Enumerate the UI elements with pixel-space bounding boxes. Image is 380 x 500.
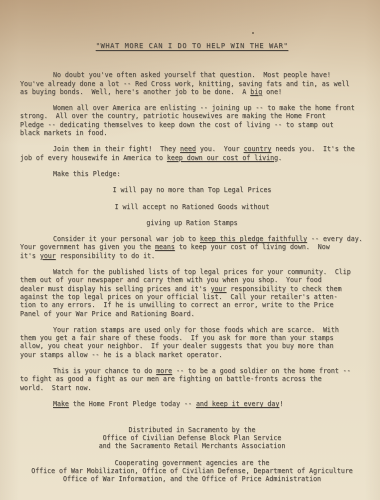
document-page: "WHAT MORE CAN I DO TO HELP WIN THE WAR"…	[0, 0, 380, 500]
text-run: one!	[262, 88, 282, 96]
paragraph: No doubt you've often asked yourself tha…	[20, 71, 364, 96]
text-run: the Home Front Pledge today --	[69, 400, 196, 408]
text-run: Cooperating government agencies are the	[115, 459, 270, 467]
text-run: giving up Ration Stamps	[146, 219, 237, 227]
text-run: Make this Pledge:	[53, 170, 121, 178]
text-run: Office of War Mobilization, Office of Ci…	[31, 467, 353, 475]
paragraph: Make this Pledge:	[20, 170, 364, 178]
spacer	[20, 227, 364, 235]
text-run: .	[278, 154, 282, 162]
text-run: and the Sacramento Retail Merchants Asso…	[99, 442, 286, 450]
text-run: No doubt you've often asked yourself tha…	[20, 71, 350, 96]
underlined-text: country	[244, 145, 272, 153]
centered-line: I will accept no Rationed Goods without	[20, 203, 364, 211]
underlined-text: and keep it every day	[196, 400, 279, 408]
spacer	[20, 211, 364, 219]
paragraph: Women all over America are enlisting -- …	[20, 104, 364, 137]
underlined-text: your	[40, 252, 56, 260]
underlined-text: keep down our cost of living	[167, 154, 278, 162]
text-run: Office of War Information, and the Offic…	[63, 475, 321, 483]
centered-line: and the Sacramento Retail Merchants Asso…	[20, 442, 364, 450]
text-run: Your ration stamps are used only for tho…	[20, 326, 339, 359]
text-run: I will pay no more than Top Legal Prices	[113, 186, 272, 194]
text-run: Join them in their fight! They	[53, 145, 180, 153]
paragraph: Watch for the published lists of top leg…	[20, 268, 364, 318]
underlined-text: your	[211, 285, 227, 293]
text-run: Distributed in Sacramento by the	[128, 426, 255, 434]
paragraph: Join them in their fight! They need you.…	[20, 145, 364, 162]
centered-line: Office of Civilian Defense Block Plan Se…	[20, 434, 364, 442]
spacer	[20, 416, 364, 426]
text-run: Women all over America are enlisting -- …	[20, 104, 355, 137]
underlined-text: need	[180, 145, 196, 153]
text-run: !	[279, 400, 283, 408]
text-run: Office of Civilian Defense Block Plan Se…	[103, 434, 282, 442]
centered-line: Cooperating government agencies are the	[20, 459, 364, 467]
text-run: Consider it your personal war job to	[53, 235, 200, 243]
paragraph: Make the Home Front Pledge today -- and …	[20, 400, 364, 408]
text-run: This is your chance to do	[53, 367, 156, 375]
underlined-text: Make	[53, 400, 69, 408]
spacer	[20, 451, 364, 459]
document-content: "WHAT MORE CAN I DO TO HELP WIN THE WAR"…	[0, 0, 380, 484]
paragraph: This is your chance to do more -- to be …	[20, 367, 364, 392]
underlined-text: keep this pledge faithfully	[200, 235, 307, 243]
underlined-text: big	[250, 88, 262, 96]
text-run: responsibility to do it.	[56, 252, 155, 260]
document-body: No doubt you've often asked yourself tha…	[20, 71, 364, 483]
paragraph: Your ration stamps are used only for tho…	[20, 326, 364, 359]
text-run: I will accept no Rationed Goods without	[115, 203, 270, 211]
document-title: "WHAT MORE CAN I DO TO HELP WIN THE WAR"	[20, 42, 364, 50]
underlined-text: more	[156, 367, 172, 375]
paragraph: Consider it your personal war job to kee…	[20, 235, 364, 260]
underlined-text: means	[155, 243, 175, 251]
centered-line: giving up Ration Stamps	[20, 219, 364, 227]
spacer	[20, 195, 364, 203]
centered-line: Office of War Mobilization, Office of Ci…	[20, 467, 364, 475]
centered-line: Office of War Information, and the Offic…	[20, 475, 364, 483]
centered-line: Distributed in Sacramento by the	[20, 426, 364, 434]
text-run: you. Your	[196, 145, 244, 153]
centered-line: I will pay no more than Top Legal Prices	[20, 186, 364, 194]
